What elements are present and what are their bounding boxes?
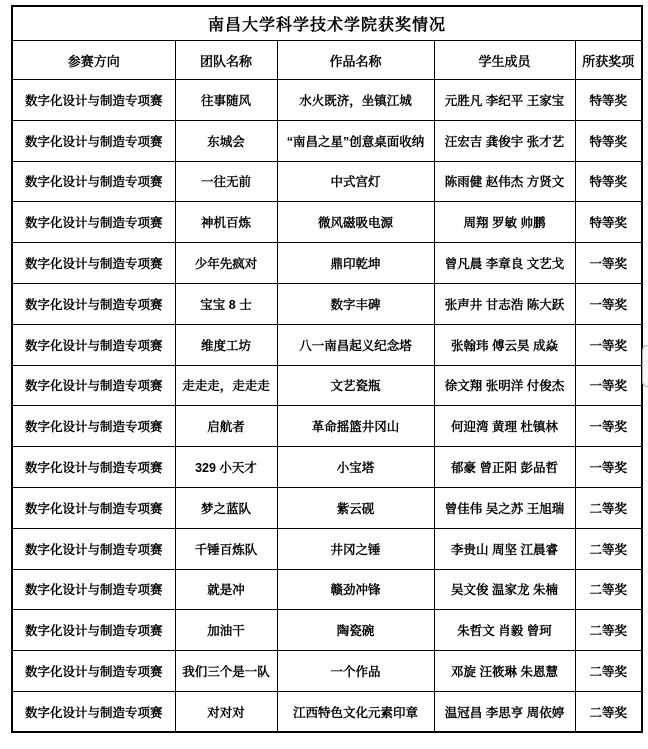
cell-direction: 数字化设计与制造专项赛 (12, 406, 175, 447)
cell-members: 曾凡晨 李章良 文艺戈 (434, 243, 575, 284)
cell-direction: 数字化设计与制造专项赛 (12, 80, 175, 121)
cell-award: 二等奖 (575, 691, 642, 732)
column-header-team: 团队名称 (175, 41, 277, 80)
cell-members: 徐文翔 张明洋 付俊杰 (434, 365, 575, 406)
cell-award: 一等奖 (575, 365, 642, 406)
cell-work: 江西特色文化元素印章 (277, 691, 434, 732)
cell-team: 千锤百炼队 (175, 528, 277, 569)
table-row: 数字化设计与制造专项赛启航者革命摇篮井冈山何迎湾 黄理 杜镇林一等奖 (12, 406, 642, 447)
cell-members: 郁豪 曾正阳 彭品哲 (434, 447, 575, 488)
cell-team: 启航者 (175, 406, 277, 447)
cell-members: 元胜凡 李纪平 王家宝 (434, 80, 575, 121)
cell-members: 周翔 罗敏 帅鹏 (434, 202, 575, 243)
cell-team: 加油干 (175, 610, 277, 651)
cell-direction: 数字化设计与制造专项赛 (12, 610, 175, 651)
cell-award: 二等奖 (575, 610, 642, 651)
table-row: 数字化设计与制造专项赛加油干陶瓷碗朱哲文 肖毅 曾珂二等奖 (12, 610, 642, 651)
cell-work: 数字丰碑 (277, 283, 434, 324)
cell-work: 文艺瓷瓶 (277, 365, 434, 406)
cell-work: 鼎印乾坤 (277, 243, 434, 284)
cell-members: 吴文俊 温家龙 朱楠 (434, 569, 575, 610)
cell-work: 八一南昌起义纪念塔 (277, 324, 434, 365)
table-row: 数字化设计与制造专项赛少年先疯对鼎印乾坤曾凡晨 李章良 文艺戈一等奖 (12, 243, 642, 284)
table-row: 数字化设计与制造专项赛维度工坊八一南昌起义纪念塔张翰玮 傅云昊 成焱一等奖 (12, 324, 642, 365)
cell-award: 特等奖 (575, 202, 642, 243)
document-page: 南昌大学科学技术学院获奖情况 参赛方向团队名称作品名称学生成员所获奖项 数字化设… (0, 0, 648, 749)
cell-work: 一个作品 (277, 651, 434, 692)
cell-work: 中式宫灯 (277, 161, 434, 202)
cell-team: 就是冲 (175, 569, 277, 610)
cell-team: 对对对 (175, 691, 277, 732)
cell-direction: 数字化设计与制造专项赛 (12, 528, 175, 569)
table-row: 数字化设计与制造专项赛一往无前中式宫灯陈雨健 赵伟杰 方贤文特等奖 (12, 161, 642, 202)
table-row: 数字化设计与制造专项赛走走走，走走走文艺瓷瓶徐文翔 张明洋 付俊杰一等奖 (12, 365, 642, 406)
cell-work: “南昌之星”创意桌面收纳 (277, 120, 434, 161)
cell-award: 二等奖 (575, 651, 642, 692)
cell-team: 宝宝 8 士 (175, 283, 277, 324)
cell-team: 走走走，走走走 (175, 365, 277, 406)
cell-award: 一等奖 (575, 283, 642, 324)
cell-team: 一往无前 (175, 161, 277, 202)
cell-team: 329 小天才 (175, 447, 277, 488)
cell-work: 赣劲冲锋 (277, 569, 434, 610)
column-header-work: 作品名称 (277, 41, 434, 80)
column-header-members: 学生成员 (434, 41, 575, 80)
cell-team: 我们三个是一队 (175, 651, 277, 692)
table-row: 数字化设计与制造专项赛329 小天才小宝塔郁豪 曾正阳 彭品哲一等奖 (12, 447, 642, 488)
cell-direction: 数字化设计与制造专项赛 (12, 161, 175, 202)
cell-direction: 数字化设计与制造专项赛 (12, 487, 175, 528)
cell-team: 东城会 (175, 120, 277, 161)
cell-direction: 数字化设计与制造专项赛 (12, 569, 175, 610)
cell-award: 二等奖 (575, 569, 642, 610)
table-row: 数字化设计与制造专项赛东城会“南昌之星”创意桌面收纳汪宏吉 龚俊宇 张才艺特等奖 (12, 120, 642, 161)
cell-members: 曾佳伟 吴之苏 王旭瑞 (434, 487, 575, 528)
table-row: 数字化设计与制造专项赛神机百炼微风磁吸电源周翔 罗敏 帅鹏特等奖 (12, 202, 642, 243)
cell-award: 一等奖 (575, 406, 642, 447)
cell-team: 神机百炼 (175, 202, 277, 243)
cell-direction: 数字化设计与制造专项赛 (12, 651, 175, 692)
cell-work: 陶瓷碗 (277, 610, 434, 651)
cell-award: 一等奖 (575, 243, 642, 284)
cell-direction: 数字化设计与制造专项赛 (12, 283, 175, 324)
cell-award: 一等奖 (575, 324, 642, 365)
cell-members: 汪宏吉 龚俊宇 张才艺 (434, 120, 575, 161)
cell-members: 李贵山 周坚 江晨睿 (434, 528, 575, 569)
cell-direction: 数字化设计与制造专项赛 (12, 202, 175, 243)
cell-members: 张声井 甘志浩 陈大跃 (434, 283, 575, 324)
cell-work: 小宝塔 (277, 447, 434, 488)
table-row: 数字化设计与制造专项赛往事随风水火既济，坐镇江城元胜凡 李纪平 王家宝特等奖 (12, 80, 642, 121)
table-header-row: 参赛方向团队名称作品名称学生成员所获奖项 (12, 41, 642, 80)
cell-work: 紫云砚 (277, 487, 434, 528)
cell-award: 特等奖 (575, 80, 642, 121)
cell-award: 一等奖 (575, 447, 642, 488)
cell-direction: 数字化设计与制造专项赛 (12, 243, 175, 284)
cell-members: 邓旋 汪筱琳 朱恩慧 (434, 651, 575, 692)
table-row: 数字化设计与制造专项赛对对对江西特色文化元素印章温冠昌 李思亨 周依婷二等奖 (12, 691, 642, 732)
cell-members: 温冠昌 李思亨 周依婷 (434, 691, 575, 732)
cell-direction: 数字化设计与制造专项赛 (12, 120, 175, 161)
column-header-award: 所获奖项 (575, 41, 642, 80)
table-row: 数字化设计与制造专项赛千锤百炼队井冈之锤李贵山 周坚 江晨睿二等奖 (12, 528, 642, 569)
page-title: 南昌大学科学技术学院获奖情况 (12, 6, 642, 41)
cell-direction: 数字化设计与制造专项赛 (12, 447, 175, 488)
cell-members: 朱哲文 肖毅 曾珂 (434, 610, 575, 651)
cell-work: 井冈之锤 (277, 528, 434, 569)
cell-award: 特等奖 (575, 120, 642, 161)
cell-direction: 数字化设计与制造专项赛 (12, 691, 175, 732)
table-row: 数字化设计与制造专项赛梦之蓝队紫云砚曾佳伟 吴之苏 王旭瑞二等奖 (12, 487, 642, 528)
cell-members: 张翰玮 傅云昊 成焱 (434, 324, 575, 365)
cell-direction: 数字化设计与制造专项赛 (12, 324, 175, 365)
cell-award: 二等奖 (575, 487, 642, 528)
cell-work: 微风磁吸电源 (277, 202, 434, 243)
table-title-row: 南昌大学科学技术学院获奖情况 (12, 6, 642, 41)
scrollbar-thumb[interactable] (642, 345, 648, 387)
cell-members: 何迎湾 黄理 杜镇林 (434, 406, 575, 447)
awards-table: 南昌大学科学技术学院获奖情况 参赛方向团队名称作品名称学生成员所获奖项 数字化设… (11, 5, 643, 733)
cell-team: 少年先疯对 (175, 243, 277, 284)
cell-work: 水火既济，坐镇江城 (277, 80, 434, 121)
cell-award: 特等奖 (575, 161, 642, 202)
column-header-direction: 参赛方向 (12, 41, 175, 80)
table-row: 数字化设计与制造专项赛宝宝 8 士数字丰碑张声井 甘志浩 陈大跃一等奖 (12, 283, 642, 324)
cell-team: 梦之蓝队 (175, 487, 277, 528)
cell-award: 二等奖 (575, 528, 642, 569)
table-row: 数字化设计与制造专项赛我们三个是一队一个作品邓旋 汪筱琳 朱恩慧二等奖 (12, 651, 642, 692)
cell-direction: 数字化设计与制造专项赛 (12, 365, 175, 406)
table-row: 数字化设计与制造专项赛就是冲赣劲冲锋吴文俊 温家龙 朱楠二等奖 (12, 569, 642, 610)
cell-work: 革命摇篮井冈山 (277, 406, 434, 447)
cell-members: 陈雨健 赵伟杰 方贤文 (434, 161, 575, 202)
cell-team: 往事随风 (175, 80, 277, 121)
cell-team: 维度工坊 (175, 324, 277, 365)
